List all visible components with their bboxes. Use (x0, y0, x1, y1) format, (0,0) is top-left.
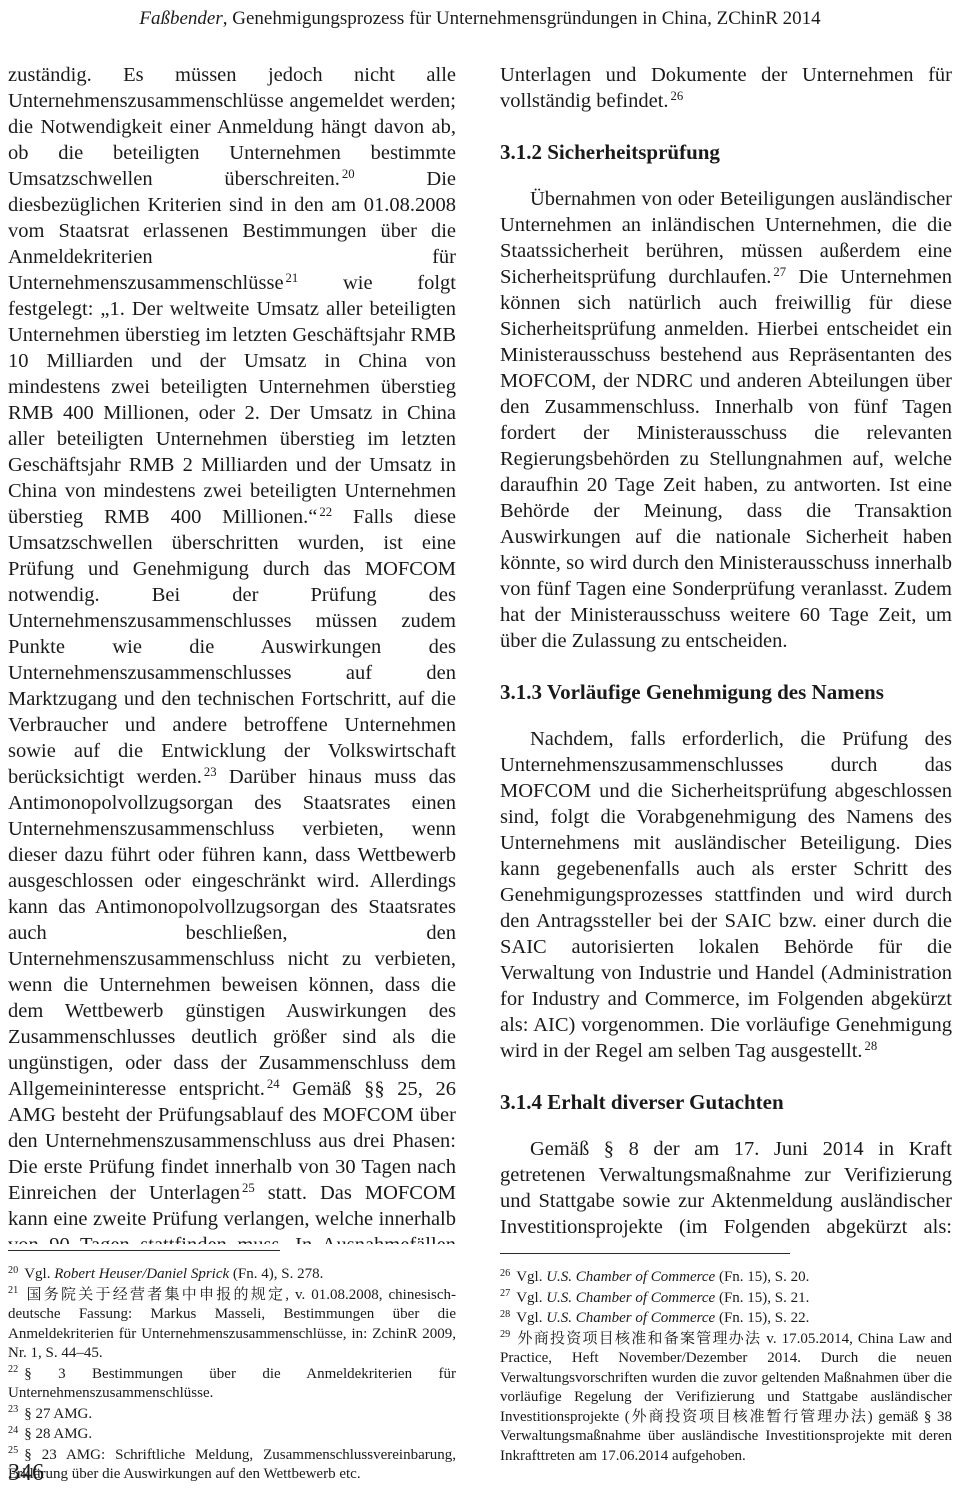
footnote-number: 27 (500, 1288, 510, 1299)
footnote-ref-24: 24 (267, 1077, 280, 1091)
text-run: Gemäß § 8 der am 17. Juni 2014 in Kraft … (500, 1138, 952, 1244)
footnote-separator (8, 1250, 280, 1251)
body-paragraph: Gemäß § 8 der am 17. Juni 2014 in Kraft … (500, 1136, 952, 1244)
footnote-text-italic: U.S. Chamber of Commerce (546, 1310, 715, 1326)
text-run: Die Unternehmen können sich natürlich au… (500, 266, 952, 652)
footnotes-left: 20Vgl. Robert Heuser/Daniel Sprick (Fn. … (8, 1250, 456, 1486)
footnote-text: (Fn. 4), S. 278. (229, 1266, 323, 1282)
footnote-ref-21: 21 (286, 271, 299, 285)
running-head-author: Faßbender (139, 8, 222, 29)
text-run: Unterlagen und Dokumente der Unternehmen… (500, 64, 952, 112)
footnote-text-italic: Robert Heuser/Daniel Sprick (54, 1266, 229, 1282)
footnote-27: 27Vgl. U.S. Chamber of Commerce (Fn. 15)… (500, 1289, 952, 1309)
running-head: Faßbender, Genehmigungsprozess für Unter… (0, 8, 960, 30)
footnote-number: 24 (8, 1425, 18, 1436)
footnote-24: 24§ 28 AMG. (8, 1425, 456, 1445)
text-run: Falls diese Umsatzschwellen überschritte… (8, 506, 456, 788)
text-run: Nachdem, falls erforderlich, die Prüfung… (500, 728, 952, 1062)
footnote-text: 国务院关于经营者集中申报的规定, v. 01.08.2008, chinesis… (8, 1287, 456, 1362)
footnote-text: 外商投资项目核准和备案管理办法 v. 17.05.2014, China Law… (500, 1331, 952, 1464)
footnote-ref-25: 25 (242, 1181, 255, 1195)
footnote-ref-28: 28 (865, 1039, 878, 1053)
footnote-number: 20 (8, 1265, 18, 1276)
footnote-text: (Fn. 15), S. 22. (715, 1310, 809, 1326)
body-paragraph: Nachdem, falls erforderlich, die Prüfung… (500, 726, 952, 1064)
left-column: zuständig. Es müssen jedoch nicht alle U… (8, 62, 456, 1244)
footnote-text: § 23 AMG: Schriftliche Meldung, Zusammen… (8, 1447, 456, 1483)
right-column: Unterlagen und Dokumente der Unternehmen… (500, 62, 952, 1244)
footnote-number: 23 (8, 1404, 18, 1415)
footnote-text: (Fn. 15), S. 20. (715, 1269, 809, 1285)
footnote-text: Vgl. (516, 1290, 546, 1306)
footnote-number: 29 (500, 1329, 510, 1340)
footnotes-right: 26Vgl. U.S. Chamber of Commerce (Fn. 15)… (500, 1253, 952, 1467)
footnote-29: 29外商投资项目核准和备案管理办法 v. 17.05.2014, China L… (500, 1330, 952, 1467)
footnote-text: § 3 Bestimmungen über die Anmeldekriteri… (8, 1366, 456, 1402)
body-paragraph-left: zuständig. Es müssen jedoch nicht alle U… (8, 62, 456, 1244)
body-paragraph: Übernahmen von oder Beteiligungen auslän… (500, 186, 952, 654)
footnote-20: 20Vgl. Robert Heuser/Daniel Sprick (Fn. … (8, 1265, 456, 1285)
footnote-text: § 27 AMG. (24, 1406, 92, 1422)
body-paragraph: Unterlagen und Dokumente der Unternehmen… (500, 62, 952, 114)
footnote-ref-27: 27 (773, 265, 786, 279)
footnote-text: Vgl. (24, 1266, 54, 1282)
footnote-ref-26: 26 (671, 89, 684, 103)
footnote-21: 21国务院关于经营者集中申报的规定, v. 01.08.2008, chines… (8, 1286, 456, 1364)
footnote-22: 22§ 3 Bestimmungen über die Anmeldekrite… (8, 1365, 456, 1404)
footnote-number: 21 (8, 1285, 18, 1296)
footnote-ref-23: 23 (204, 765, 217, 779)
footnote-26: 26Vgl. U.S. Chamber of Commerce (Fn. 15)… (500, 1268, 952, 1288)
footnote-text-italic: U.S. Chamber of Commerce (546, 1269, 715, 1285)
footnote-separator (500, 1253, 790, 1254)
footnote-text-italic: U.S. Chamber of Commerce (546, 1290, 715, 1306)
footnote-25: 25§ 23 AMG: Schriftliche Meldung, Zusamm… (8, 1446, 456, 1485)
footnote-text: § 28 AMG. (24, 1426, 92, 1442)
footnote-ref-20: 20 (342, 167, 355, 181)
footnote-number: 26 (500, 1268, 510, 1279)
footnote-23: 23§ 27 AMG. (8, 1405, 456, 1425)
running-head-title: , Genehmigungsprozess für Unternehmensgr… (223, 8, 821, 29)
footnote-number: 28 (500, 1309, 510, 1320)
footnote-number: 22 (8, 1364, 18, 1375)
footnote-text: Vgl. (516, 1310, 546, 1326)
footnote-number: 25 (8, 1445, 18, 1456)
footnote-text: (Fn. 15), S. 21. (715, 1290, 809, 1306)
footnote-ref-22: 22 (319, 505, 332, 519)
footnote-28: 28Vgl. U.S. Chamber of Commerce (Fn. 15)… (500, 1309, 952, 1329)
section-heading-3-1-3: 3.1.3 Vorläufige Genehmigung des Namens (500, 679, 952, 705)
section-heading-3-1-4: 3.1.4 Erhalt diverser Gutachten (500, 1089, 952, 1115)
journal-page: Faßbender, Genehmigungsprozess für Unter… (0, 0, 960, 1494)
page-number: 346 (8, 1460, 44, 1487)
footnote-text: Vgl. (516, 1269, 546, 1285)
text-run: wie folgt festgelegt: „1. Der weltweite … (8, 272, 456, 528)
section-heading-3-1-2: 3.1.2 Sicherheitsprüfung (500, 139, 952, 165)
text-run: Darüber hinaus muss das Antimonopolvollz… (8, 766, 456, 1100)
